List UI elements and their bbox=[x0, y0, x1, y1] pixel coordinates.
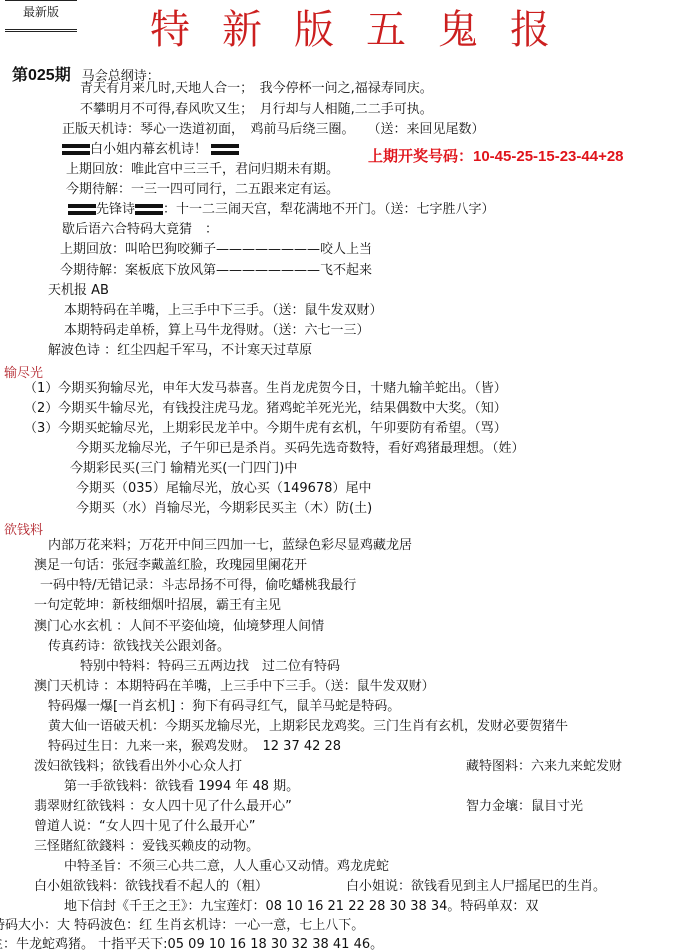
bai-xiaojie-label: 白小姐内幕玄机诗！ bbox=[90, 142, 207, 157]
vanguard-text: ：十一二三闹天宫，犁花满地不开门。（送：七字胜八字） bbox=[163, 202, 495, 217]
bai-xiaojie-heading: 白小姐内幕玄机诗！ bbox=[62, 142, 239, 158]
money-item: 白小姐说：欲钱看见到主人尸摇尾巴的生肖。 bbox=[346, 879, 606, 895]
money-item: 一句定乾坤：新枝细烟叶招展，霸王有主见 bbox=[34, 598, 281, 614]
tianji-line-1: 本期特码在羊嘴，上三手中下三手。（送：鼠牛发双财） bbox=[64, 303, 383, 319]
money-item: 传真药诗：欲钱找关公跟刘备。 bbox=[48, 639, 230, 655]
lose-item: （2）今期买牛输尽光，有钱投注虎马龙。猪鸡蛇羊死光光，结果偶数中大奖。（知） bbox=[24, 401, 507, 417]
to-solve-2: 今期待解：案板底下放风第————————飞不起来 bbox=[60, 263, 372, 279]
page-title: 特 新 版 五 鬼 报 bbox=[150, 6, 550, 54]
money-item: 特码大小：大 特码波色：红 生肖玄机诗：一心一意，七上八下。 bbox=[0, 918, 364, 934]
lose-item: 今期买（水）肖输尽光，今期彩民买主（木）防(土) bbox=[76, 501, 372, 517]
lose-item: 今期买龙输尽光，子午卯已是杀肖。买码先选奇数特，看好鸡猪最理想。（姓） bbox=[76, 441, 525, 457]
vanguard-poem: 先锋诗：十一二三闹天宫，犁花满地不开门。（送：七字胜八字） bbox=[68, 202, 495, 218]
money-item: 曾道人说：“女人四十见了什么最开心” bbox=[34, 819, 255, 835]
money-item: 翡翠财红欲钱料 ：女人四十见了什么最开心” bbox=[34, 799, 292, 815]
money-item: 特码爆一爆[一肖玄机] ：狗下有码寻红气，鼠羊马蛇是特码。 bbox=[48, 699, 400, 715]
title-char: 鬼 bbox=[438, 6, 478, 54]
lose-item: 今期买（035）尾输尽光，放心买（149678）尾中 bbox=[76, 481, 371, 497]
title-char: 五 bbox=[366, 6, 406, 54]
edition-badge: 最新版 bbox=[5, 0, 77, 32]
money-item: 泼妇欲钱料；欲钱看出外小心众人打 bbox=[34, 759, 242, 775]
title-char: 新 bbox=[222, 6, 262, 54]
poem-line-2: 不攀明月不可得,春风吹又生； 月行却与人相随,二二手可执。 bbox=[80, 102, 433, 118]
double-bar-icon bbox=[135, 204, 163, 215]
title-char: 报 bbox=[510, 6, 550, 54]
lose-item: 今期彩民买(三门 输精光买(一门四门)中 bbox=[70, 461, 297, 477]
money-item: 地下信封《千王之王》：九宝莲灯：08 10 16 21 22 28 30 38 … bbox=[64, 899, 538, 915]
title-char: 版 bbox=[294, 6, 334, 54]
lose-item: （1）今期买狗输尽光，申年大发马恭喜。生肖龙虎贺今日，十赌九输羊蛇出。（皆） bbox=[24, 381, 507, 397]
double-bar-icon bbox=[211, 144, 239, 155]
money-item: 智力金壤：鼠目寸光 bbox=[466, 799, 583, 815]
previous-draw-numbers: 上期开奖号码：10-45-25-15-23-44+28 bbox=[368, 145, 624, 166]
vanguard-label: 先锋诗 bbox=[96, 202, 135, 217]
issue-number: 第025期 bbox=[12, 67, 71, 84]
riddle-heading: 歇后语六合特码大竟猜 ： bbox=[62, 222, 218, 238]
double-bar-icon bbox=[68, 204, 96, 215]
double-bar-icon bbox=[62, 144, 90, 155]
money-item: 特码过生日：九来一来，猴鸡发财。 12 37 42 28 bbox=[48, 739, 341, 755]
money-item: 黄大仙一语破天机：今期买龙输尽光，上期彩民龙鸡奖。三门生肖有玄机，发财必要贺猪牛 bbox=[48, 719, 568, 735]
poem-line-1: 青天有月来几时,天地人合一； 我今停杯一问之,福禄寿同庆。 bbox=[80, 81, 433, 97]
last-review-2: 上期回放：叫哈巴狗咬狮子————————咬人上当 bbox=[60, 242, 372, 258]
money-item: 藏特图料：六来九来蛇发财 bbox=[466, 759, 622, 775]
money-item: 三怪賭紅欲錢料 ：爱钱买赖皮的动物。 bbox=[34, 839, 259, 855]
tianji-report-heading: 天机报 AB bbox=[48, 283, 109, 299]
money-item: 第一手欲钱料：欲钱看 1994 年 48 期。 bbox=[64, 779, 299, 795]
section-title-lose: 输尽光 bbox=[4, 362, 43, 381]
money-item: 一码中特/无错记录：斗志昂扬不可得，偷吃蟠桃我最行 bbox=[40, 578, 356, 594]
money-item: 澳门天机诗 ：本期特码在羊嘴，上三手中下三手。（送：鼠牛发双财） bbox=[34, 679, 435, 695]
to-solve-1: 今期待解：一三一四可同行，二五跟来定有运。 bbox=[66, 182, 339, 198]
edition-badge-label: 最新版 bbox=[23, 5, 59, 19]
money-item: 澳足一句话：张冠李戴盖红脸，玫瑰园里阑花开 bbox=[34, 558, 307, 574]
money-item: 内部万花来料；万花开中间三四加一七，蓝绿色彩尽显鸡藏龙居 bbox=[48, 538, 412, 554]
money-item: 中特圣旨：不须三心共二意，人人重心又动情。鸡龙虎蛇 bbox=[64, 859, 389, 875]
title-char: 特 bbox=[150, 6, 190, 54]
money-item: 澳门心水玄机 ：人间不平姿仙境，仙境梦理人间情 bbox=[34, 619, 324, 635]
money-item: 白小姐欲钱料：欲钱找看不起人的（粗） bbox=[34, 879, 268, 895]
wave-color-poem: 解波色诗 ：红尘四起千军马，不计寒天过草原 bbox=[48, 343, 312, 359]
money-item: 特别中特料：特码三五两边找 过二位有特码 bbox=[80, 659, 340, 675]
tianji-poem: 正版天机诗：琴心一迭道初面， 鸡前马后绕三圈。 （送：来回见尾数） bbox=[62, 122, 485, 138]
badge-divider bbox=[5, 29, 77, 30]
last-review-1: 上期回放：唯此宫中三三千，君问归期未有期。 bbox=[66, 162, 339, 178]
lose-item: （3）今期买蛇输尽光，上期彩民龙羊中。今期牛虎有玄机，午卯要防有希望。（骂） bbox=[24, 421, 507, 437]
tianji-line-2: 本期特码走单桥，算上马牛龙得财。（送：六七一三） bbox=[64, 323, 370, 339]
section-title-money: 欲钱料 bbox=[4, 519, 43, 538]
money-item: 主：牛龙蛇鸡猪。 十指平天下:05 09 10 16 18 30 32 38 4… bbox=[0, 937, 383, 951]
